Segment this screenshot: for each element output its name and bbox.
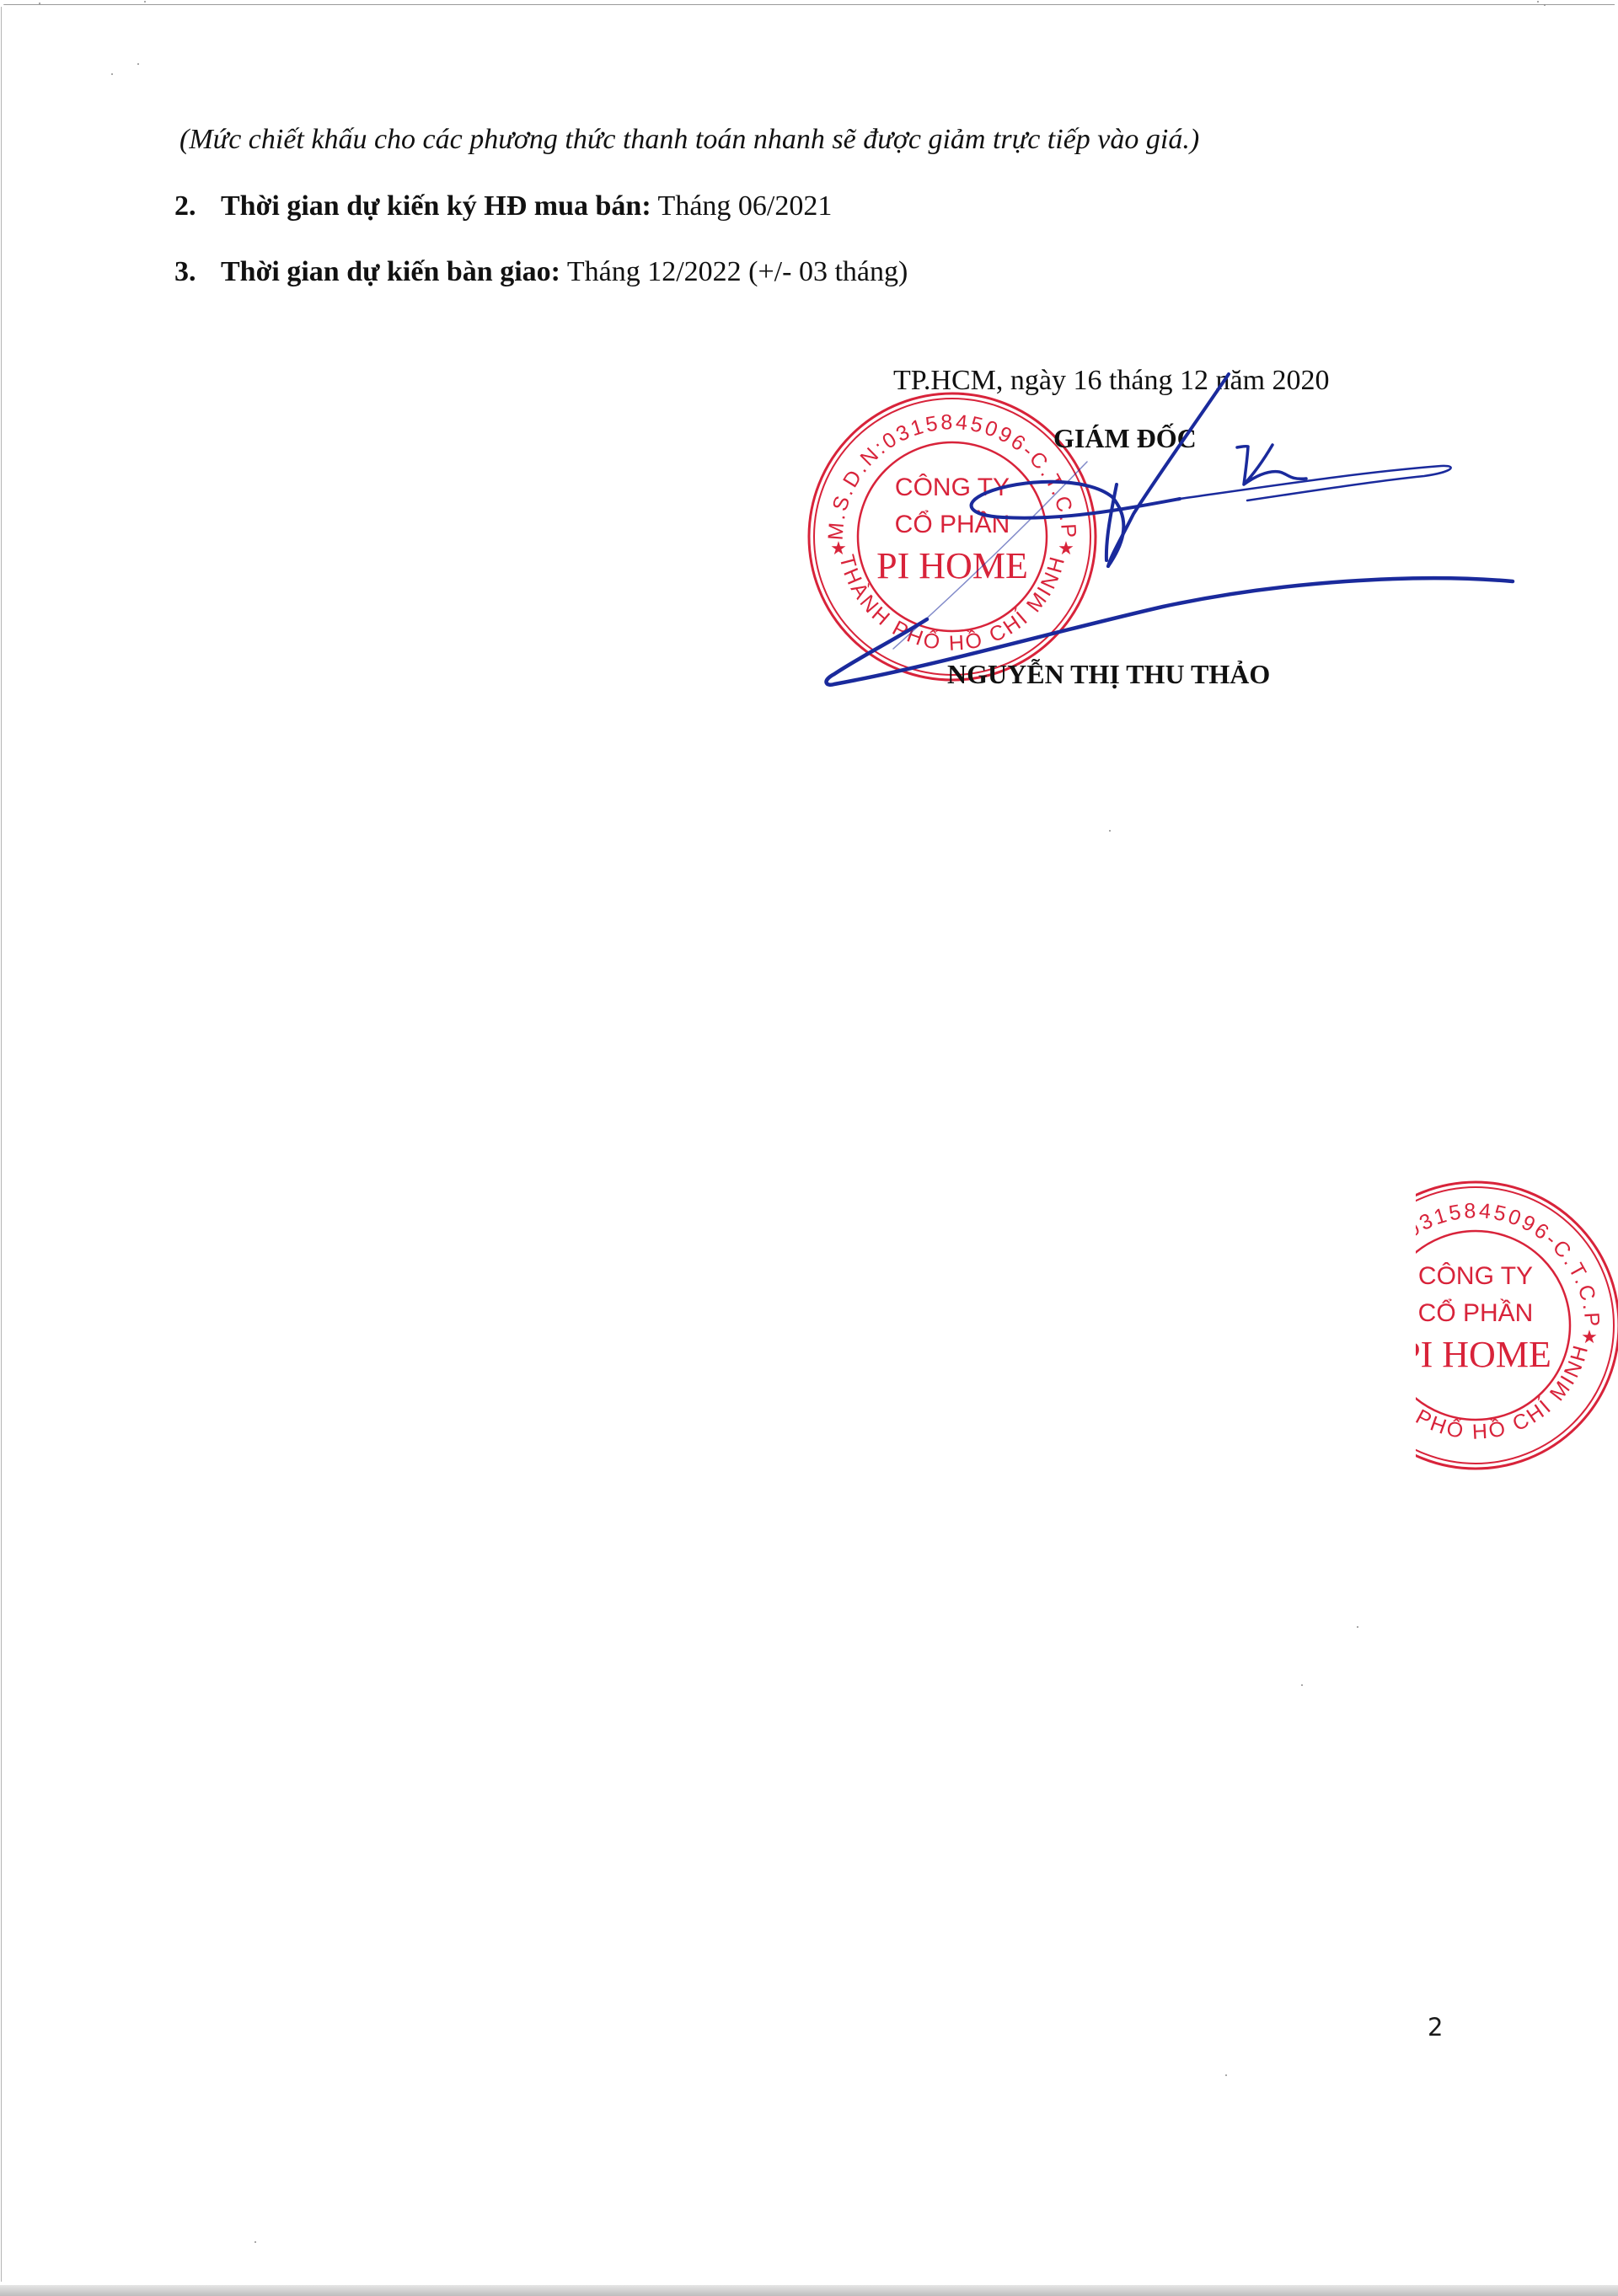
list-item-handover-time: 3.Thời gian dự kiến bàn giao: Tháng 12/2… <box>174 255 908 289</box>
scan-border-top <box>3 4 1615 5</box>
stamp-partial-line-2: CỔ PHẦN <box>1418 1298 1534 1327</box>
scan-border-bottom <box>0 2285 1618 2296</box>
list-item-label: Thời gian dự kiến ký HĐ mua bán: <box>221 190 651 222</box>
discount-note: (Mức chiết khấu cho các phương thức than… <box>179 123 1199 157</box>
stamp-star-right: ★ <box>1058 538 1074 559</box>
list-item-value: Tháng 12/2022 (+/- 03 tháng) <box>560 256 908 287</box>
stamp-center-line-2: CỔ PHẦN <box>895 510 1010 538</box>
stamp-partial-line-1: CÔNG TY <box>1418 1261 1533 1290</box>
list-item-label: Thời gian dự kiến bàn giao: <box>221 256 560 287</box>
stamp-star-left: ★ <box>830 538 847 559</box>
stamp-center-line-1: CÔNG TY <box>895 473 1010 501</box>
list-item-signing-time: 2.Thời gian dự kiến ký HĐ mua bán: Tháng… <box>174 190 832 223</box>
stamp-center-line-3: PI HOME <box>876 545 1028 586</box>
signer-title: GIÁM ĐỐC <box>1053 421 1197 455</box>
company-stamp-partial: M.S.D.N:0315845096-C.T.C.P THÀNH PHỐ HỒ … <box>1328 1178 1618 1473</box>
page-number: 2 <box>1428 2013 1443 2042</box>
list-item-value: Tháng 06/2021 <box>651 190 833 222</box>
signer-name: NGUYỄN THỊ THU THẢO <box>947 657 1270 691</box>
scan-border-left <box>1 7 2 2282</box>
stamp-partial-line-3: PI HOME <box>1400 1334 1551 1375</box>
list-item-number: 2. <box>174 190 221 223</box>
list-item-number: 3. <box>174 255 221 289</box>
place-and-date: TP.HCM, ngày 16 tháng 12 năm 2020 <box>893 364 1330 398</box>
stamp-partial-star: ★ <box>1581 1326 1598 1347</box>
